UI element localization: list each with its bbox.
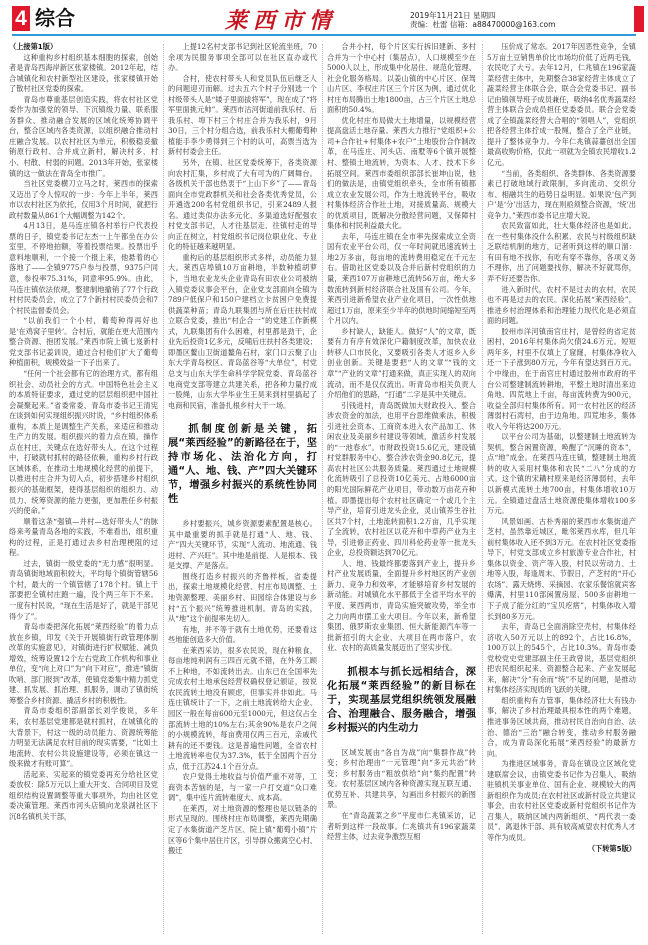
article-column-2: 上提12名村支部书记到社区轮流坐班，70余项为民服务事项全部可以在社区直办或代办… — [168, 42, 317, 857]
article-column-1: （上接第1版） 这种重构乡村组织基本细胞的探索，创始者是青岛西海岸新区张家楼镇。… — [9, 42, 158, 822]
paragraph: “当前，各类组织、各类群体、各类资源要素已打破地域行政限制，多向流动、交织分布、… — [487, 169, 636, 222]
paragraph: 风景如画、古朴秀丽的莱西市水集街道产芝村，虽然靠近城区，毗邻莱西水库，但几年前村… — [487, 517, 636, 622]
paragraph: 组织重构有力管事，集体经济壮大有钱办事，解决了乡村治理最具根本性的两个难题。推进… — [487, 696, 636, 759]
paragraph: 引钱进村，青岛既做加大财政投入、整合涉农资金的加法，也用平台思维做乘法，积极引进… — [327, 401, 476, 559]
col3-body-a: 合并小村，每个片区实行拆旧建新、多村合并为一个中心村（集居点），人口规模至少在5… — [327, 42, 476, 654]
col1-body: 这种重构乡村组织基本细胞的探索，创始者是青岛西海岸新区张家楼镇。2012年起，结… — [9, 53, 158, 823]
paragraph: “以前我们一个小村，葡萄种得再好也是‘在鸡窝子里转’。合村后，就能在更大范围内整… — [9, 316, 158, 369]
article-column-3: 合并小村，每个片区实行拆旧建新、多村合并为一个中心村（集居点），人口规模至少在5… — [327, 42, 476, 843]
paragraph: 活起来、实起来的镇党委再充分给社区党委放权：除5万元以上重大开支、合同项目及党组… — [9, 770, 158, 823]
paragraph: 当社区党委横刀立马之时，莱西市的探索又迈出了令人惊叹的一步：今年上半年，莱西市以… — [9, 179, 158, 221]
header-rule — [12, 34, 636, 36]
col3-body-b: 区域发展由“各自为战”向“集群作战”转变；乡村治理由“一元管理”向“多元共治”转… — [327, 748, 476, 843]
subheadline-2: 抓根本与抓长远相结合，深化拓展“莱西经验”的新目标在于，实现基层党组织统领发展融… — [327, 666, 476, 736]
paragraph: 顺着这条“强镇—并村—选好带头人”的脉络来考量青岛各地的实践，不难看出，组织重构… — [9, 517, 158, 559]
paragraph: 上提12名村支部书记到社区轮流坐班，70余项为民服务事项全部可以在社区直办或代办… — [168, 42, 317, 74]
continued-to-note: （下转第5版） — [588, 844, 636, 855]
paragraph: 去年，马连庄镇在全市率先探索成立全资国有农业平台公司，仅一年时间就迅速流转土地2… — [327, 232, 476, 327]
paragraph: 合村，使农村带头人和党员队伍后继乏人的问题迎刃而解。过去五六个村子分别选一个村级… — [168, 74, 317, 158]
paragraph: 去年，青岛已全面消除空壳村，村集体经济收入50万元以上的892个，占比16.8%… — [487, 622, 636, 696]
paragraph: 这种重构乡村组织基本细胞的探索，创始者是青岛西海岸新区张家楼镇。2012年起，结… — [9, 53, 158, 95]
paragraph: 农民致富如此，壮大集体经济也是如此。在一些村集体没什么积累、农民与村级组织缺乏联… — [487, 221, 636, 284]
section-title: 综合 — [35, 6, 75, 31]
paragraph: 青岛市尊重基层创造实践，将农村社区党委作为加强党的领导、下沉镇级力量、联系服务群… — [9, 95, 158, 179]
paragraph: 另外，在镇、社区党委统筹下，各类资源向农村汇集，乡村成了大有可为的广阔舞台。各级… — [168, 158, 317, 253]
paragraph: 区域发展由“各自为战”向“集群作战”转变；乡村治理由“一元管理”向“多元共治”转… — [327, 748, 476, 811]
paragraph: 在莱西，对土地资源的整理也是以链条的形式呈现的。围绕村庄布局调整，莱西先期确定了… — [168, 804, 317, 857]
col4-body: 压价成了常态。2017年因恶性竞争，全镇5万亩土豆销售单价比市场均价低了近两毛钱… — [487, 42, 636, 844]
paragraph: 进入新时代，农村不是过去的农村，农民也不再是过去的农民。深化拓展“莱西经验”，推… — [487, 285, 636, 327]
paragraph: 乡村缺人，缺能人。做好“人”的文章，既要有力有序有效深化户籍制度改革，加快农业转… — [327, 327, 476, 401]
paragraph: 青岛市委组织部副部长刘学俊说，多年来，农村基层党建都是就村抓村，在城镇化的大背景… — [9, 706, 158, 769]
paragraph: 胶州市洋河镇南官庄村，是曾经的省定贫困村，2016年村集体尚欠债24.6万元。短… — [487, 327, 636, 432]
paragraph: 乡村要振兴，城乡资源要素配置是核心。其中最重要的抓手就是打通“人、地、钱、产”四… — [168, 519, 317, 572]
paragraph: 青岛市委把深化拓展“莱西经验”的着力点放在乡镇，印发《关于开展镇街行政管理体制改… — [9, 622, 158, 706]
paragraph: 优化村庄布局做大土地增量，以规模经营提高盘活土地存量。莱西大力推行“党组织+公司… — [327, 116, 476, 232]
newspaper-logo: 莱西市情 — [225, 4, 337, 35]
paragraph: 为推进区域事务，青岛在镇设立区域化党建联席会议，由镇党委书记作为召集人，吸纳驻镇… — [487, 759, 636, 843]
column-divider — [163, 44, 164, 934]
col2-body-b: 乡村要振兴，城乡资源要素配置是核心。其中最重要的抓手就是打通“人、地、钱、产”四… — [168, 519, 317, 857]
paragraph: 农户觉得土地收益与价值严重不对等，工商资本苦恼的是，与一家一户打交道“众口难调”… — [168, 772, 317, 804]
paragraph: 压价成了常态。2017年因恶性竞争，全镇5万亩土豆销售单价比市场均价低了近两毛钱… — [487, 42, 636, 169]
editor-contact: 责编：杜雷 信箱：a88470000@163.com — [410, 20, 555, 29]
issue-date: 2019年11月21日 星期四 — [410, 11, 555, 20]
subheadline-1: 抓制度创新是关键，拓展“莱西经验”的新路径在于，坚持市场化、法治化方向，打通“人… — [168, 423, 317, 507]
masthead: 4 综合 莱西市情 2019年11月21日 星期四 责编：杜雷 信箱：a8847… — [0, 0, 648, 36]
issue-info: 2019年11月21日 星期四 责编：杜雷 信箱：a88470000@163.c… — [410, 11, 555, 29]
paragraph: “任何一个社会都有它的治理方式，都有组织社会、动员社会的方式。中国特色社会主义的… — [9, 369, 158, 517]
paragraph: 在“青岛蔬菜之乡”平度市仁兆镇采访，记者听到这样一段故事。仁兆镇共有196家蔬菜… — [327, 811, 476, 843]
column-divider — [322, 44, 323, 934]
article-column-4: 压价成了常态。2017年因恶性竞争，全镇5万亩土豆销售单价比市场均价低了近两毛钱… — [487, 42, 636, 854]
paragraph: 以平台公司为基础，以整建制土地流转为契机，整合闲置资源，唤醒了“沉睡的资本”，点… — [487, 432, 636, 516]
paragraph: 4月13日，是马连庄镇各村举行户代表投票的日子，镇党委书记左杰一上午都坐在办公室… — [9, 221, 158, 316]
column-divider — [482, 44, 483, 934]
paragraph: 在莱西采访，很多农民说，现在种粮食，每亩地纯利润有三四百元就不错，在外务工顾不上… — [168, 646, 317, 773]
page-number-badge: 4 — [12, 6, 30, 31]
paragraph: 合并小村，每个片区实行拆旧建新、多村合并为一个中心村（集居点），人口规模至少在5… — [327, 42, 476, 116]
red-edge-tab — [634, 6, 644, 32]
paragraph: 人、地、钱最终都要落到产业上，提升乡村产业发展质量，全面提升乡村地区的产业创新力… — [327, 559, 476, 654]
continued-from-note: （上接第1版） — [9, 42, 158, 53]
paragraph: 重构后的基层组织形式多样，动员能力显大。莱西店埠镇10万亩耕地，半数种植胡萝卜，… — [168, 253, 317, 411]
col2-body-a: 上提12名村支部书记到社区轮流坐班，70余项为民服务事项全部可以在社区直办或代办… — [168, 42, 317, 411]
paragraph: 过去，镇街一级党委的“无力感”很明显。青岛镇街地域面积较大，平均每个镇街管辖56… — [9, 559, 158, 622]
paragraph: 有地，并不等于就有土地优势，还要看这些地能创造多大价值。 — [168, 625, 317, 646]
paragraph: 围绕打造乡村振兴的齐鲁样板，省委提出，探索土地规模化经营、村庄布局调整、土地资源… — [168, 572, 317, 625]
